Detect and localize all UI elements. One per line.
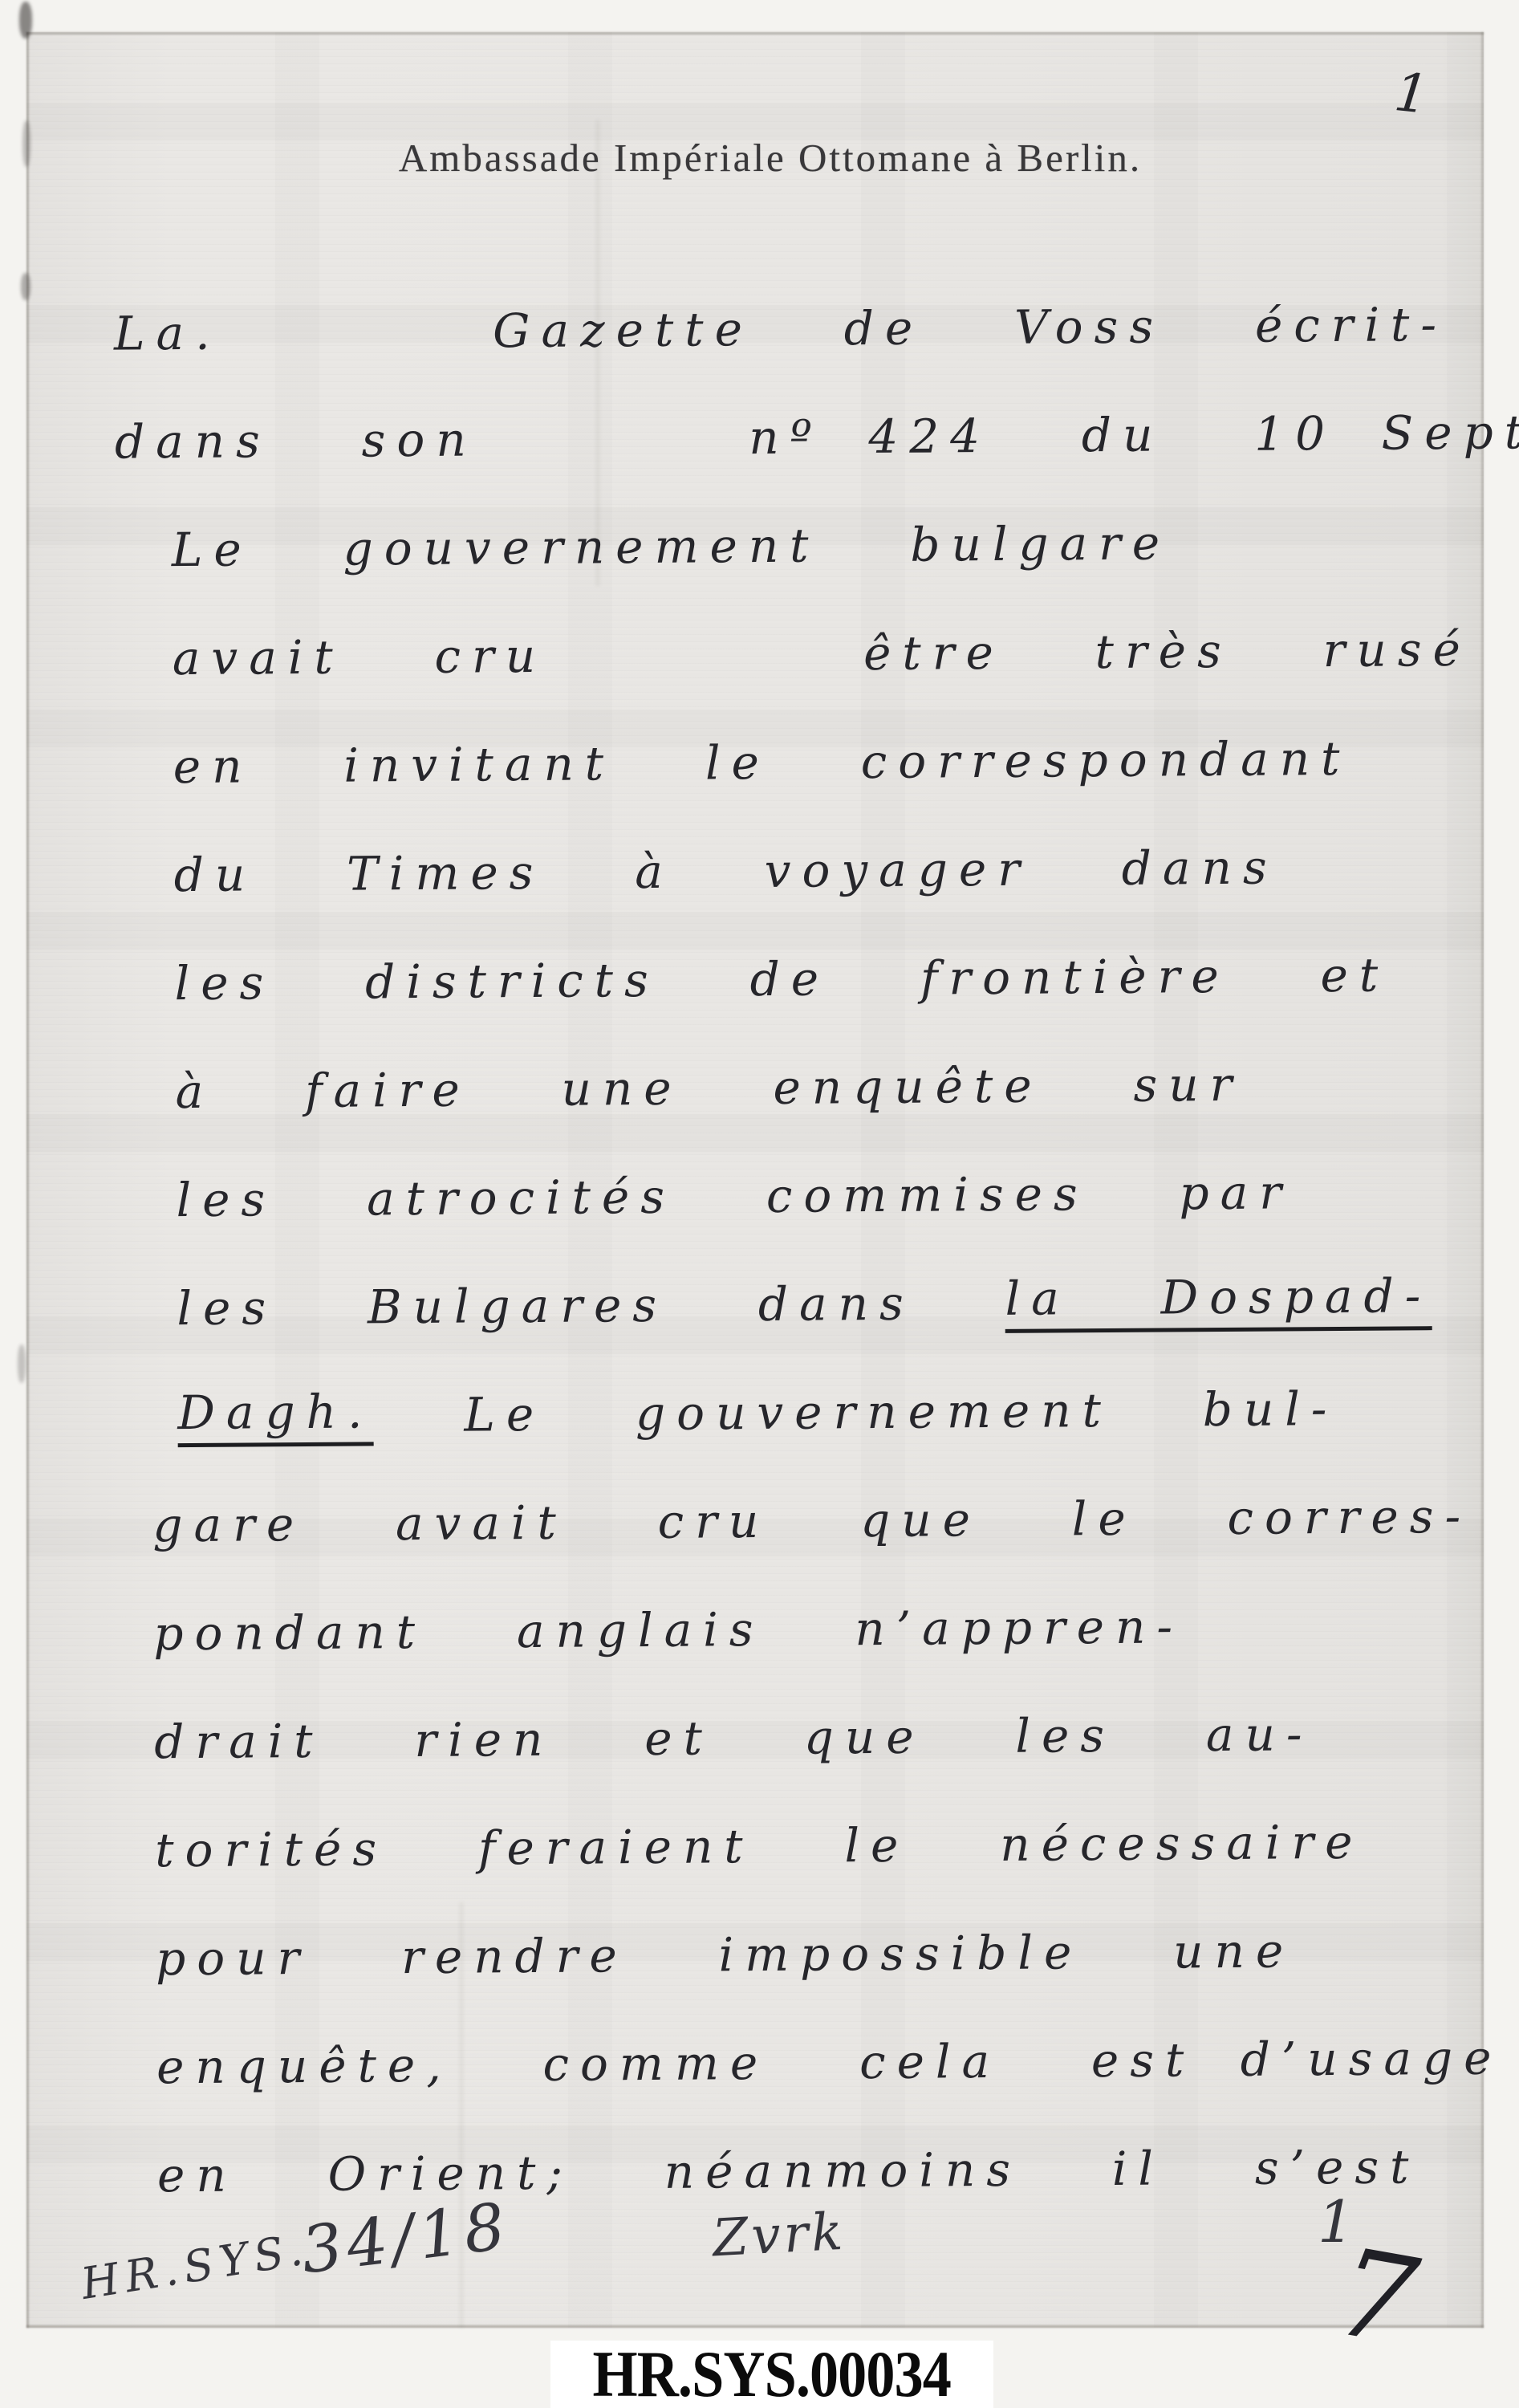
handwritten-line: pondant anglais n’appren- bbox=[123, 1570, 1407, 1687]
edge-smudge bbox=[21, 273, 30, 300]
handwritten-line: dans son nº 424 du 10 Septbre : bbox=[114, 378, 1399, 495]
text-segment: les districts de frontière et bbox=[174, 947, 1389, 1011]
handwritten-line: pour rendre impossible une bbox=[125, 1895, 1410, 2012]
folio-number-top: 1 bbox=[1391, 61, 1432, 126]
manuscript-body: La. Gazette de Voss écrit-dans son nº 42… bbox=[114, 270, 1411, 2229]
underlined-text: la Dospad- bbox=[1005, 1268, 1432, 1333]
letterhead-title: Ambassade Impériale Ottomane à Berlin. bbox=[209, 135, 1332, 181]
text-segment: drait rien et que les au- bbox=[154, 1706, 1314, 1769]
page-edge-bottom bbox=[26, 2325, 1484, 2328]
handwritten-line: les Bulgares dans la Dospad- bbox=[120, 1245, 1405, 1362]
text-segment: pondant anglais n’appren- bbox=[153, 1599, 1184, 1661]
scanned-document: { "document": { "letterhead": "Ambassade… bbox=[0, 0, 1519, 2408]
handwritten-line: gare avait cru que le corres- bbox=[122, 1462, 1407, 1579]
text-segment: pour rendre impossible une bbox=[156, 1923, 1294, 1986]
text-segment: du Times à voyager dans bbox=[173, 840, 1277, 902]
page-edge-top bbox=[26, 32, 1484, 35]
text-segment: les Bulgares dans bbox=[177, 1275, 1005, 1335]
text-segment: La. Gazette de Voss écrit- bbox=[114, 297, 1448, 361]
text-segment: en invitant le correspondant bbox=[173, 730, 1351, 793]
catalog-label-text: HR.SYS.00034 bbox=[593, 2337, 952, 2408]
handwritten-line: du Times à voyager dans bbox=[117, 811, 1402, 929]
handwritten-line: Dagh. Le gouvernement bul- bbox=[121, 1353, 1406, 1470]
handwritten-line: drait rien et que les au- bbox=[124, 1678, 1408, 1796]
handwritten-line: à faire une enquête sur bbox=[119, 1028, 1403, 1145]
text-segment: enquête, comme cela est d’usage bbox=[156, 2030, 1503, 2094]
clerk-note-mark: Zvrk bbox=[711, 2203, 847, 2269]
page-edge-right bbox=[1481, 32, 1484, 2328]
handwritten-line: La. Gazette de Voss écrit- bbox=[114, 270, 1399, 387]
text-segment: dans son nº 424 du 10 Sept bbox=[115, 405, 1519, 469]
text-segment: avait cru être très rusé bbox=[173, 621, 1472, 685]
text-segment: à faire une enquête sur bbox=[175, 1056, 1243, 1118]
edge-smudge bbox=[22, 120, 30, 167]
text-segment: en Orient; néanmoins il s’est bbox=[157, 2139, 1420, 2203]
handwritten-line: les atrocités commises par bbox=[120, 1137, 1404, 1254]
handwritten-line: torités feraient le nécessaire bbox=[124, 1787, 1409, 1904]
catalog-label: HR.SYS.00034 bbox=[550, 2341, 993, 2408]
handwritten-line: Le gouvernement bulgare bbox=[115, 486, 1399, 604]
page-edge-left bbox=[26, 32, 29, 2328]
underlined-text: Dagh. bbox=[177, 1384, 374, 1447]
text-segment: torités feraient le nécessaire bbox=[155, 1814, 1364, 1877]
handwritten-line: les districts de frontière et bbox=[118, 920, 1403, 1037]
text-segment: les atrocités commises par bbox=[176, 1165, 1293, 1227]
edge-smudge bbox=[19, 2, 32, 39]
handwritten-line: en invitant le correspondant bbox=[116, 703, 1401, 820]
text-segment: Le gouvernement bulgare bbox=[172, 515, 1172, 577]
text-segment: Le gouvernement bul- bbox=[373, 1381, 1338, 1442]
edge-smudge bbox=[18, 1344, 26, 1383]
handwritten-line: avait cru être très rusé bbox=[116, 595, 1400, 712]
text-segment: gare avait cru que le corres- bbox=[152, 1488, 1472, 1552]
handwritten-line: enquête, comme cela est d’usage bbox=[126, 2003, 1411, 2121]
